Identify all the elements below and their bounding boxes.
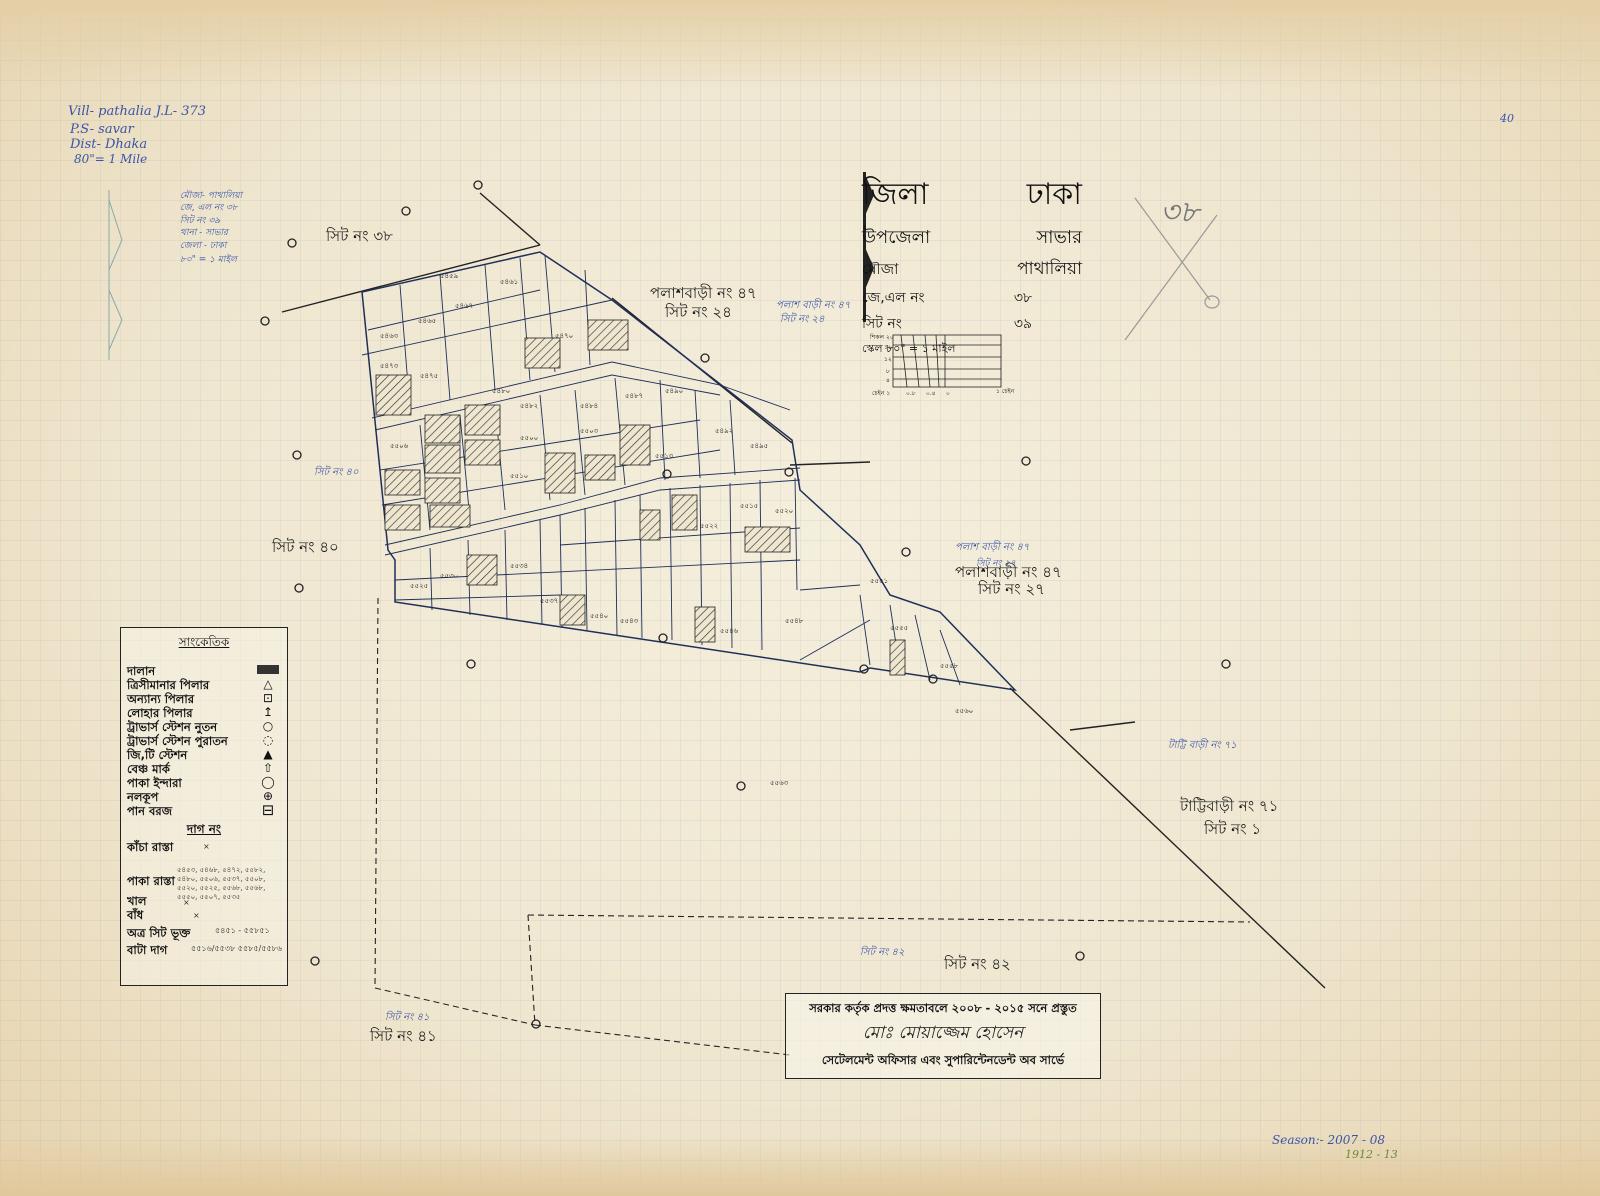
season-note: Season:- 2007 - 08 — [1272, 1133, 1385, 1147]
plot-number: ৫৪৬৭ — [455, 300, 473, 312]
scale-x-label-04: ০.৪ — [926, 388, 936, 399]
traverse-new-icon: ○ — [257, 720, 279, 732]
plot-number: ৫৫৫৮ — [940, 660, 958, 672]
adjacent-sheet-38: সিট নং ৩৮ — [326, 225, 393, 250]
gt-station-icon: ▲ — [257, 748, 279, 760]
scale-x-label-1: চেইন ১ — [872, 388, 890, 399]
plot-number: ৫৫৩০ — [440, 570, 458, 582]
plot-number: ৫৫৪৬ — [720, 625, 738, 637]
iron-pillar-icon: ↥ — [257, 706, 279, 718]
jl-label: জে,এল নং — [862, 286, 925, 310]
plot-number: ৫৫৩৭ — [540, 595, 558, 607]
plot-number: ৫৪৬৫ — [418, 315, 436, 327]
scale-y-label-12: ১২ — [884, 354, 892, 365]
handwritten-ps-note: P.S- savar — [70, 122, 134, 137]
plot-number: ৫৫১০ — [510, 470, 528, 482]
officer-signature: মোঃ মোয়াজ্জেম হোসেন — [786, 1020, 1100, 1048]
dag-pucca-road-value: ৫৪৫৩, ৫৪৬৮, ৫৪৭২, ৫৫৮২, ৫৪৮০, ৫৫০৬, ৫৫৩৭… — [177, 866, 285, 902]
plot-number: ৫৫২০ — [775, 505, 793, 517]
legend-dag-kacha-road: কাঁচা রাস্তা — [127, 839, 173, 858]
square-pillar-icon: ⊡ — [257, 692, 279, 704]
handwritten-village-note: Vill- pathalia J.L- 373 — [68, 104, 206, 119]
dag-this-sheet-value: ৫৪৫১ - ৫৫৮৫১ — [215, 926, 270, 936]
betel-garden-icon: ⊟ — [257, 804, 279, 816]
jl-value: ৩৮ — [1014, 286, 1032, 310]
legend-title: সাংকেতিক — [121, 634, 287, 654]
plot-number: ৫৪৬১ — [500, 276, 518, 288]
blue-note-se: টাট্টি বাড়ী নং ৭১ — [1168, 738, 1237, 755]
certification-text: সরকার কর্তৃক প্রদত্ত ক্ষমতাবলে ২০০৮ - ২০… — [786, 1000, 1100, 1019]
sheet-value: ৩৯ — [1014, 312, 1032, 336]
season-note-year: 1912 - 13 — [1345, 1148, 1398, 1161]
adjacent-sheet-27: সিট নং ২৭ — [978, 578, 1045, 603]
plot-number: ৫৫৬৩ — [770, 777, 788, 789]
plot-number: ৫৫৬০ — [955, 705, 973, 717]
plot-number: ৫৪৮৭ — [625, 390, 643, 402]
adjacent-sheet-1: সিট নং ১ — [1204, 818, 1261, 843]
triangle-pillar-icon: △ — [257, 678, 279, 690]
dag-canal-value: × — [183, 898, 190, 908]
legend-dag-pucca-road: পাকা রাস্তা — [127, 873, 175, 892]
officer-designation: সেটেলমেন্ট অফিসার এবং সুপারিন্টেনডেন্ট অ… — [786, 1052, 1100, 1071]
plot-number: ৫৫০০ — [520, 432, 538, 444]
blue-note-s: সিট নং ৪২ — [860, 945, 905, 962]
dag-title: দাগ নং — [121, 821, 287, 841]
legend-dag-bata: বাটা দাগ — [127, 942, 167, 961]
adjacent-sheet-24: সিট নং ২৪ — [665, 301, 732, 326]
plot-number: ৫৪৭৫ — [420, 370, 438, 382]
adjacent-sheet-42: সিট নং ৪২ — [944, 953, 1011, 978]
plot-number: ৫৫৪০ — [590, 610, 608, 622]
scale-x-label-0: ০ — [946, 388, 950, 399]
adjacent-sheet-40: সিট নং ৪০ — [272, 536, 339, 561]
scale-x-label-chain: ১ চেইন — [996, 386, 1014, 397]
traverse-old-icon: ◌ — [257, 734, 279, 746]
corner-mark: 40 — [1500, 112, 1514, 125]
plot-number: ৫৫৩৪ — [510, 560, 528, 572]
plot-number: ৫৫৪৮ — [785, 615, 803, 627]
plot-number: ৫৫০৩ — [580, 425, 598, 437]
plot-number: ৫৪৬৩ — [380, 330, 398, 342]
plot-number: ৫৪৯২ — [715, 425, 733, 437]
mouza-label: মৌজা — [862, 258, 898, 283]
blue-note-w: সিট নং ৪০ — [314, 465, 359, 482]
side-note-scale: ৮০" = ১ মাইল — [180, 252, 237, 267]
adjacent-sheet-41: সিট নং ৪১ — [370, 1025, 437, 1050]
pencil-mark: ৩৮ — [1160, 188, 1199, 239]
plot-number: ৫৪৮০ — [492, 385, 510, 397]
dag-kacha-road-value: × — [203, 842, 210, 852]
bench-mark-icon: ⇧ — [257, 762, 279, 774]
legend-item-betel-garden: পান বরজ — [127, 803, 172, 822]
pucca-well-icon: ◯ — [257, 776, 279, 788]
plot-number: ৫৫১৩ — [655, 450, 673, 462]
blue-note-sw: সিট নং ৪১ — [385, 1010, 430, 1027]
dag-embankment-value: × — [193, 911, 200, 921]
upazila-label: উপজেলা — [862, 223, 930, 254]
side-note-district: জেলা - ঢাকা — [180, 238, 226, 253]
district-label: জিলা — [862, 170, 928, 221]
plot-number: ৫৫২৫ — [410, 580, 428, 592]
blue-note-e-sheet: সিট নং ২৭ — [976, 556, 1016, 571]
scale-y-label-4: ৪ — [886, 375, 890, 386]
upazila-value: সাভার — [1036, 223, 1082, 254]
mouza-value: পাথালিয়া — [1017, 256, 1082, 284]
adjacent-mouza-tattibari: টাট্টিবাড়ী নং ৭১ — [1180, 795, 1278, 820]
handwritten-dist-note: Dist- Dhaka — [70, 137, 147, 152]
dag-bata-value: ৫৫১৬/৫৫৩৮ ৫৫৮৫/৫৫৮৬ — [191, 944, 282, 954]
plot-number: ৫৫৫৫ — [890, 622, 908, 634]
legend-dag-embankment: বাঁধ — [127, 907, 143, 926]
plot-number: ৫৫১৫ — [740, 500, 758, 512]
plot-number: ৫৪৭৩ — [380, 360, 398, 372]
district-value: ঢাকা — [1027, 170, 1082, 221]
blue-note-e: পলাশ বাড়ী নং ৪৭ — [955, 540, 1029, 557]
title-block: জিলা ঢাকা উপজেলা সাভার মৌজা পাথালিয়া জে… — [862, 170, 1082, 359]
scale-x-label-08: ০.৮ — [906, 388, 916, 399]
plot-number: ৫৪৮৪ — [580, 400, 598, 412]
plot-number: ৫৪৯৫ — [750, 440, 768, 452]
plot-number: ৫৫৫১ — [870, 575, 888, 587]
scale-y-label-16: ১৬ — [884, 342, 892, 353]
plot-number: ৫৪৮২ — [520, 400, 538, 412]
certification-box: সরকার কর্তৃক প্রদত্ত ক্ষমতাবলে ২০০৮ - ২০… — [785, 993, 1101, 1079]
plot-number: ৫৪৭০ — [555, 330, 573, 342]
legend-box: সাংকেতিক দালান ত্রিসীমানার পিলার △ অন্যা… — [120, 627, 288, 986]
plot-number: ৫৪৯০ — [665, 385, 683, 397]
building-symbol-icon — [257, 665, 279, 674]
plot-number: ৫৫২২ — [700, 520, 718, 532]
plot-number: ৫৫৪৩ — [620, 615, 638, 627]
plot-number: ৫৪৫৯ — [440, 270, 458, 282]
plot-number: ৫৫০৬ — [390, 440, 408, 452]
blue-note-ne-sheet: সিট নং ২৪ — [780, 312, 825, 329]
handwritten-scale-note: 80"= 1 Mile — [74, 152, 147, 166]
